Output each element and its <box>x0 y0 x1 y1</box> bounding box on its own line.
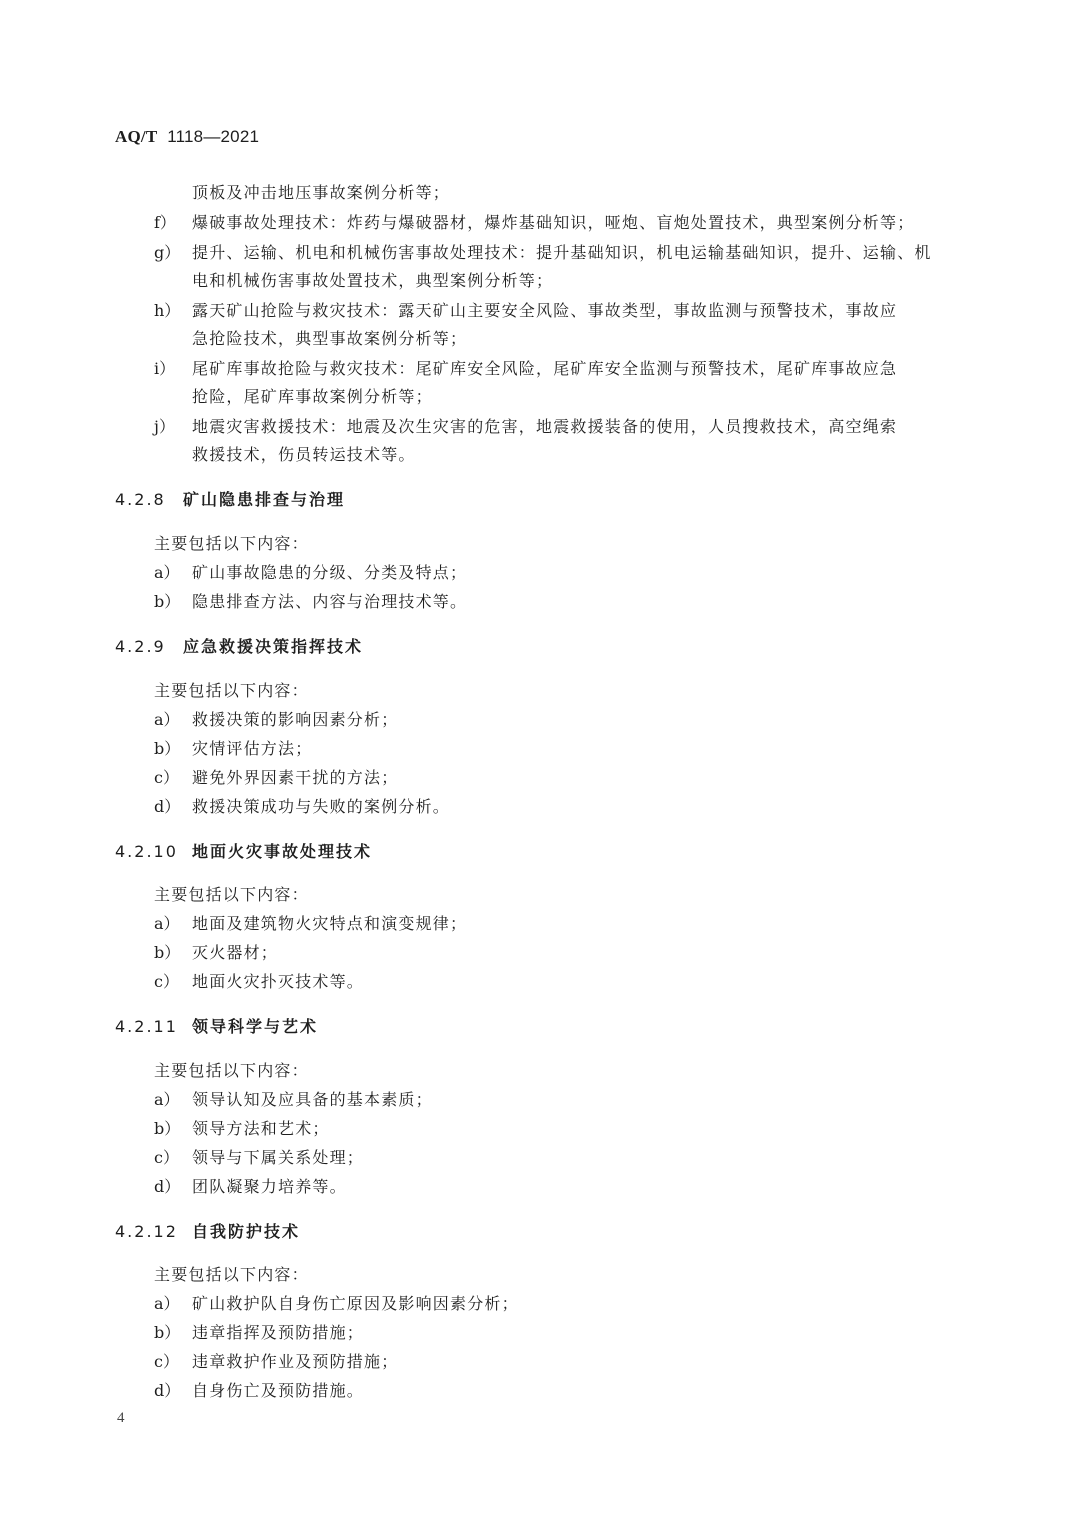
section-number: 4.2.12 <box>115 1222 192 1241</box>
section-intro: 主要包括以下内容： <box>154 531 309 554</box>
list-label: f） <box>154 210 176 233</box>
list-label: c） <box>154 969 179 992</box>
list-item-text: 矿山救护队自身伤亡原因及影响因素分析； <box>192 1291 519 1314</box>
list-label: i） <box>154 356 175 379</box>
list-label: b） <box>154 1116 180 1139</box>
list-label: c） <box>154 1349 179 1372</box>
list-item-text: 地震灾害救援技术：地震及次生灾害的危害，地震救援装备的使用，人员搜救技术，高空绳… <box>192 414 897 437</box>
list-label: b） <box>154 736 180 759</box>
section-title: 领导科学与艺术 <box>192 1017 318 1036</box>
list-item-text: 灾情评估方法； <box>192 736 312 759</box>
list-item-text: 领导方法和艺术； <box>192 1116 330 1139</box>
section-intro: 主要包括以下内容： <box>154 1262 309 1285</box>
section-title: 地面火灾事故处理技术 <box>192 842 372 861</box>
list-item-text: 避免外界因素干扰的方法； <box>192 765 398 788</box>
list-item-text: 爆破事故处理技术：炸药与爆破器材，爆炸基础知识，哑炮、盲炮处置技术，典型案例分析… <box>192 210 914 233</box>
section-number: 4.2.10 <box>115 842 192 861</box>
list-item-text: 地面火灾扑灭技术等。 <box>192 969 364 992</box>
list-item-text: 救援技术，伤员转运技术等。 <box>192 442 416 465</box>
list-item-text: 救援决策的影响因素分析； <box>192 707 398 730</box>
section-intro: 主要包括以下内容： <box>154 882 309 905</box>
standard-prefix: AQ/T <box>115 127 157 146</box>
page-number: 4 <box>117 1410 125 1427</box>
standard-code-header: AQ/T 1118—2021 <box>115 127 259 147</box>
list-item-text: 露天矿山抢险与救灾技术：露天矿山主要安全风险、事故类型，事故监测与预警技术，事故… <box>192 298 897 321</box>
list-item-text: 提升、运输、机电和机械伤害事故处理技术：提升基础知识，机电运输基础知识，提升、运… <box>192 240 932 263</box>
list-item-text: 急抢险技术，典型事故案例分析等； <box>192 326 467 349</box>
section-number: 4.2.8 <box>115 490 183 509</box>
list-label: a） <box>154 560 180 583</box>
list-item-text: 地面及建筑物火灾特点和演变规律； <box>192 911 467 934</box>
section-title: 自我防护技术 <box>192 1222 300 1241</box>
section-heading: 4.2.11领导科学与艺术 <box>115 1014 318 1037</box>
list-label: d） <box>154 1378 180 1401</box>
list-label: c） <box>154 765 179 788</box>
list-label: a） <box>154 911 180 934</box>
list-item-text: 电和机械伤害事故处置技术，典型案例分析等； <box>192 268 553 291</box>
section-intro: 主要包括以下内容： <box>154 678 309 701</box>
list-item-text: 灭火器材； <box>192 940 278 963</box>
list-item-text: 违章救护作业及预防措施； <box>192 1349 398 1372</box>
list-label: b） <box>154 1320 180 1343</box>
list-item-text: 领导与下属关系处理； <box>192 1145 364 1168</box>
list-label: a） <box>154 1087 180 1110</box>
list-label: g） <box>154 240 180 263</box>
section-intro: 主要包括以下内容： <box>154 1058 309 1081</box>
standard-number: 1118—2021 <box>167 127 259 146</box>
list-item-text: 抢险，尾矿库事故案例分析等； <box>192 384 433 407</box>
continuation-text: 顶板及冲击地压事故案例分析等； <box>192 180 450 203</box>
list-label: b） <box>154 940 180 963</box>
list-label: a） <box>154 1291 180 1314</box>
section-title: 矿山隐患排查与治理 <box>183 490 345 509</box>
list-label: c） <box>154 1145 179 1168</box>
section-heading: 4.2.10地面火灾事故处理技术 <box>115 839 372 862</box>
list-label: d） <box>154 794 180 817</box>
section-number: 4.2.9 <box>115 637 183 656</box>
list-item-text: 尾矿库事故抢险与救灾技术：尾矿库安全风险，尾矿库安全监测与预警技术，尾矿库事故应… <box>192 356 897 379</box>
section-number: 4.2.11 <box>115 1017 192 1036</box>
list-label: b） <box>154 589 180 612</box>
section-heading: 4.2.9应急救援决策指挥技术 <box>115 634 363 657</box>
list-item-text: 救援决策成功与失败的案例分析。 <box>192 794 450 817</box>
list-item-text: 领导认知及应具备的基本素质； <box>192 1087 433 1110</box>
section-title: 应急救援决策指挥技术 <box>183 637 363 656</box>
section-heading: 4.2.12自我防护技术 <box>115 1219 300 1242</box>
list-item-text: 隐患排查方法、内容与治理技术等。 <box>192 589 467 612</box>
list-item-text: 团队凝聚力培养等。 <box>192 1174 347 1197</box>
list-item-text: 自身伤亡及预防措施。 <box>192 1378 364 1401</box>
section-heading: 4.2.8矿山隐患排查与治理 <box>115 487 345 510</box>
list-label: a） <box>154 707 180 730</box>
list-item-text: 矿山事故隐患的分级、分类及特点； <box>192 560 467 583</box>
list-label: h） <box>154 298 180 321</box>
list-label: j） <box>154 414 175 437</box>
list-item-text: 违章指挥及预防措施； <box>192 1320 364 1343</box>
list-label: d） <box>154 1174 180 1197</box>
